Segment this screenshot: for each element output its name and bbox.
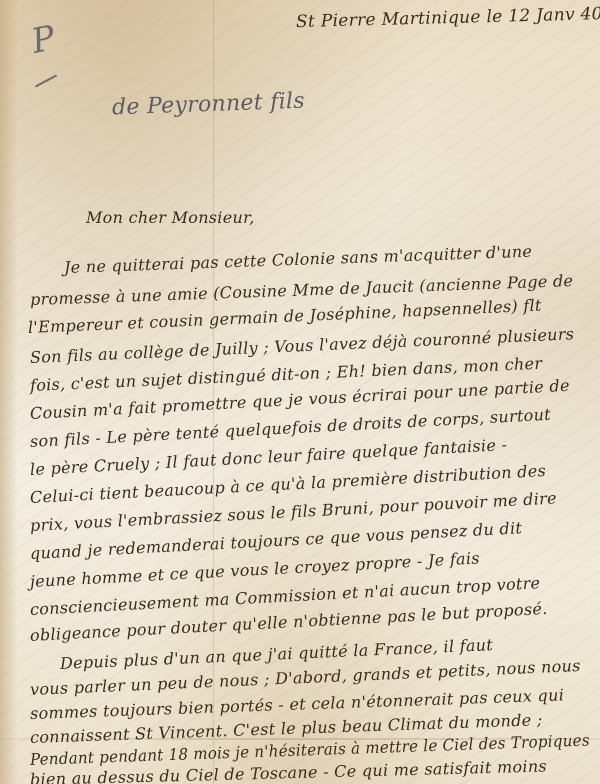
paper-fold-vertical — [213, 0, 214, 784]
letter-page: St Pierre Martinique le 12 Janv 40. P de… — [0, 0, 600, 784]
aged-paper-edge — [0, 0, 18, 784]
salutation: Mon cher Monsieur, — [86, 208, 255, 227]
